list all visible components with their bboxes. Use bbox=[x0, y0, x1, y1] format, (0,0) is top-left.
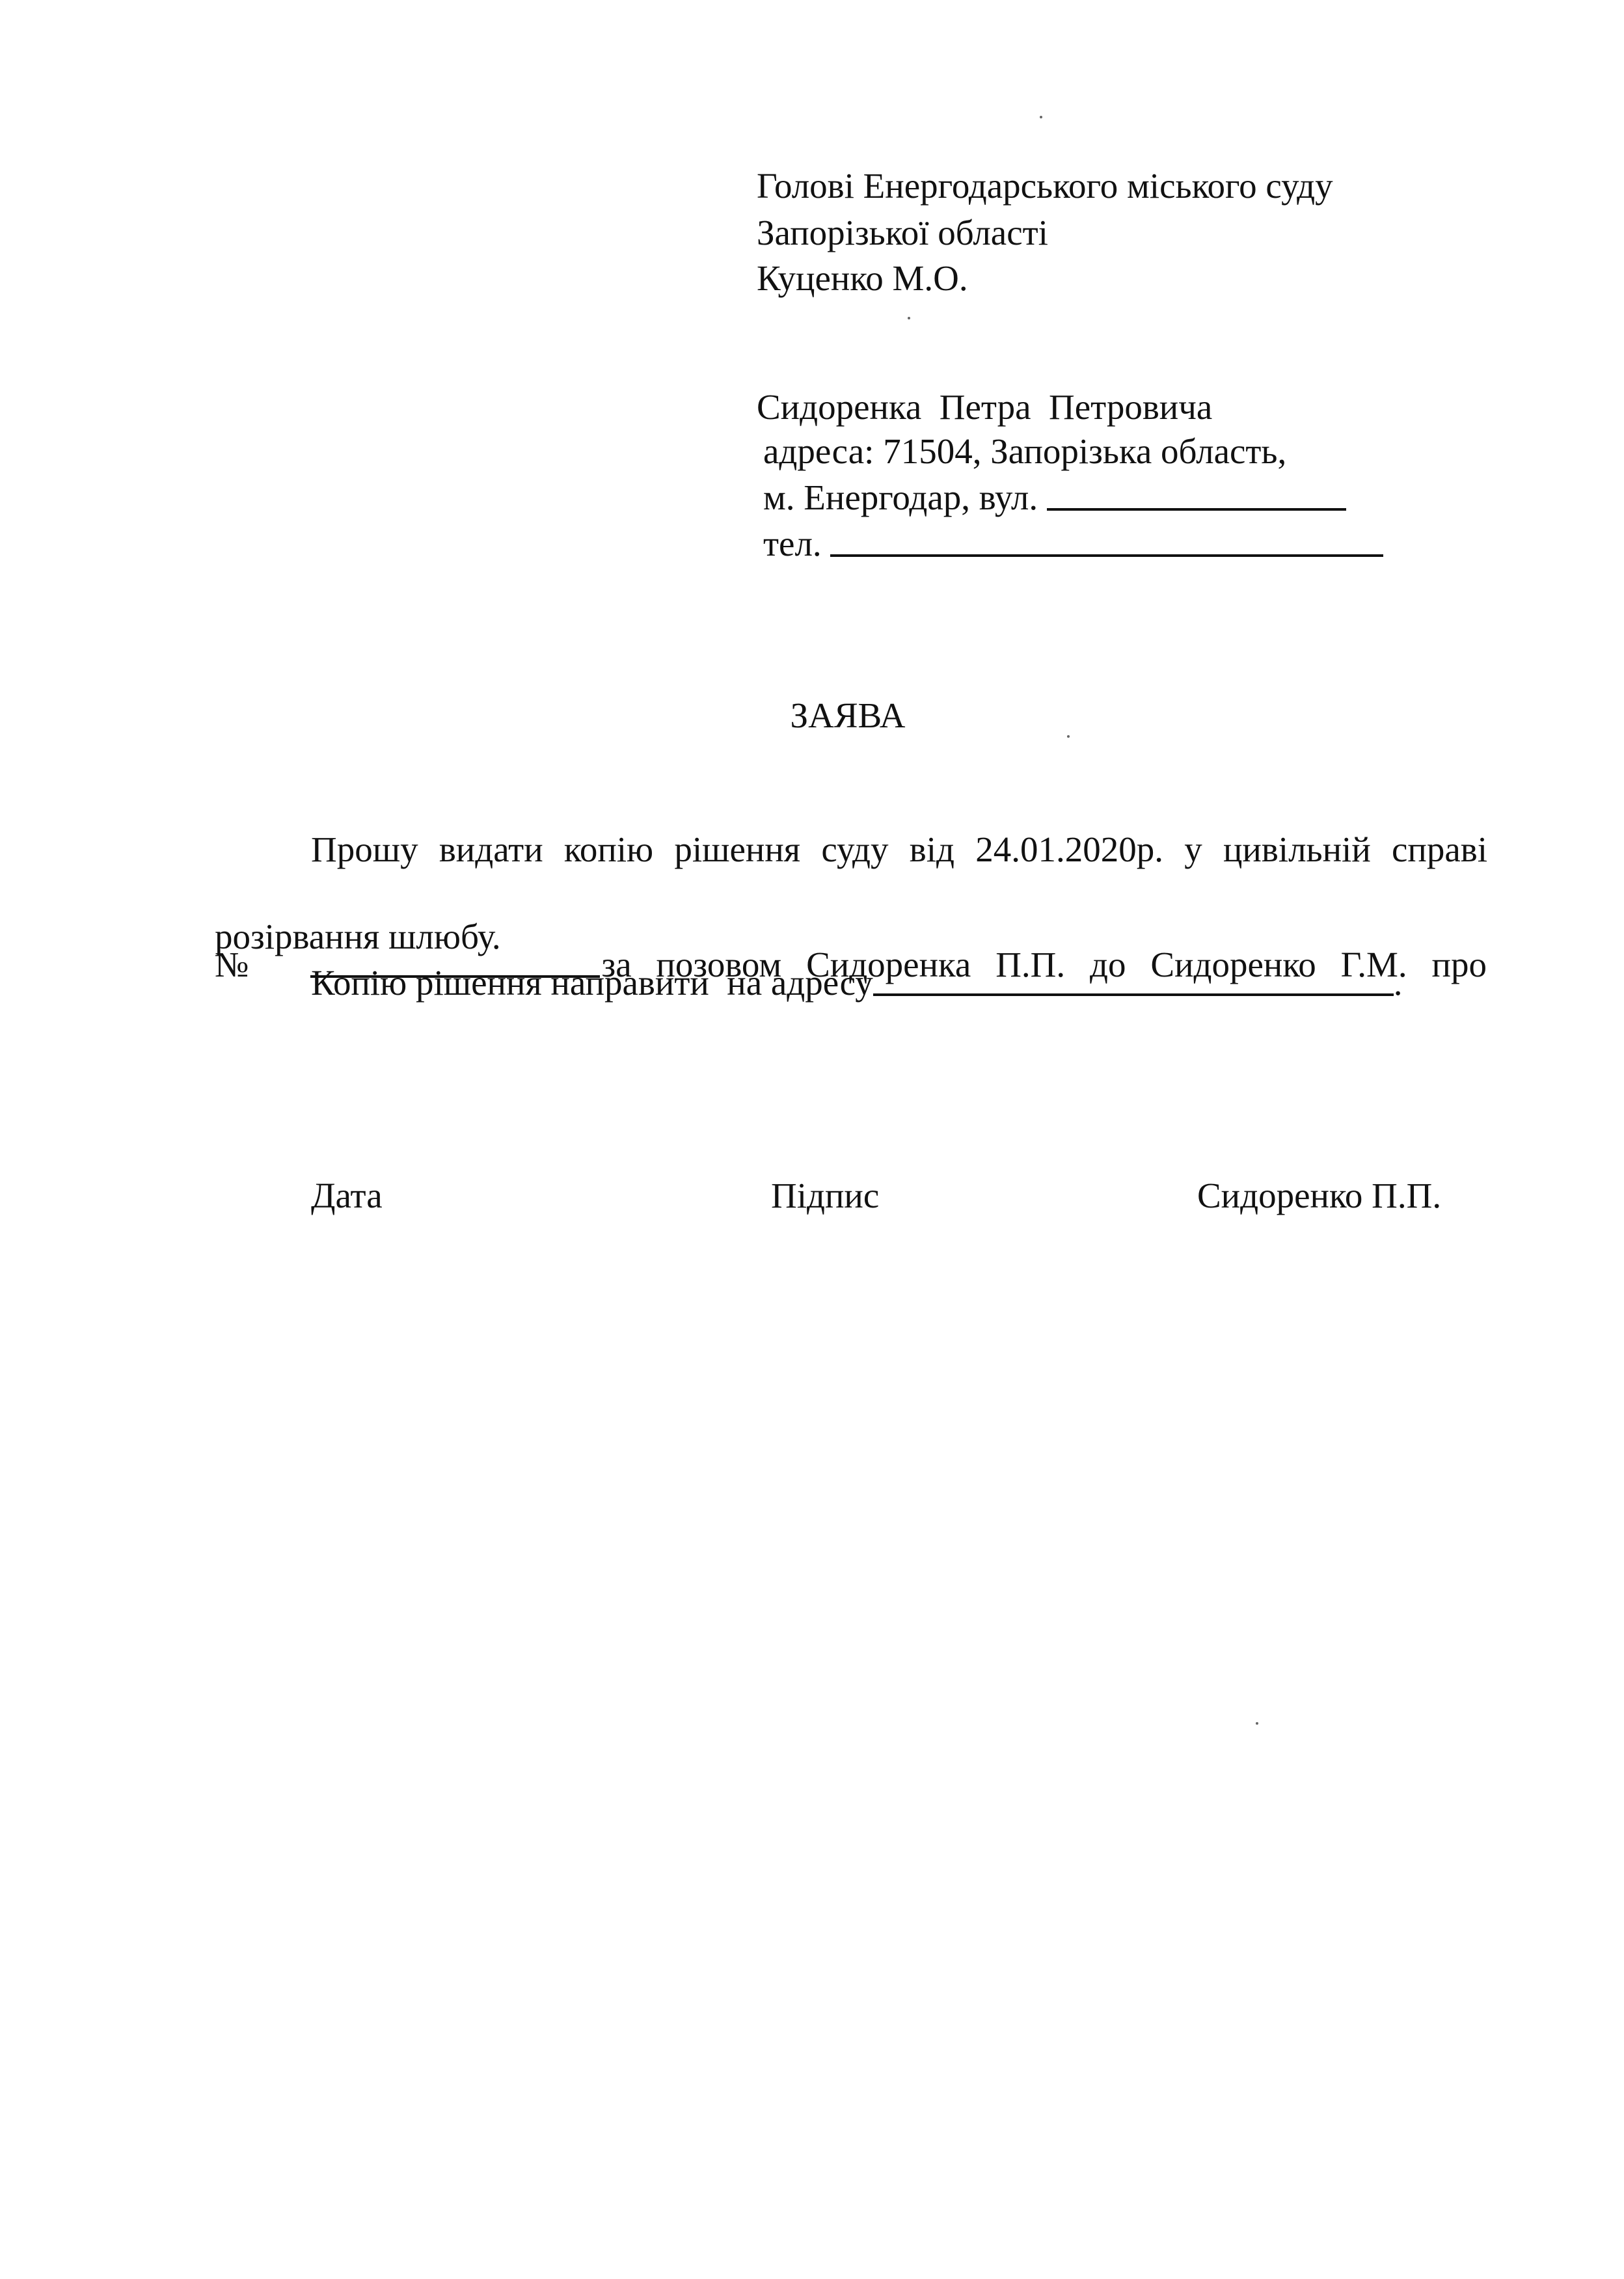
addressee-line-1: Голові Енергодарського міського суду bbox=[757, 168, 1333, 204]
body-word: цивільній bbox=[1223, 831, 1371, 867]
body-word: рішення bbox=[674, 831, 800, 867]
phone-label: тел. bbox=[763, 524, 822, 563]
document-page: Голові Енергодарського міського суду Зап… bbox=[0, 0, 1624, 2279]
scan-speck bbox=[1256, 1722, 1258, 1725]
send-address-period: . bbox=[1394, 963, 1403, 1003]
body-word: копію bbox=[564, 831, 653, 867]
sender-phone-row: тел. bbox=[763, 526, 1383, 561]
phone-blank-field[interactable] bbox=[830, 554, 1383, 557]
scan-speck bbox=[1040, 116, 1042, 118]
addressee-line-3: Куценко М.О. bbox=[757, 260, 968, 296]
sender-address: адреса: 71504, Запорізька область, bbox=[763, 433, 1286, 469]
signer-name: Сидоренко П.П. bbox=[1197, 1178, 1441, 1213]
body-line-3: розірвання шлюбу. bbox=[215, 919, 1487, 954]
scan-speck bbox=[908, 317, 910, 319]
scan-speck bbox=[1067, 735, 1070, 738]
sender-street-row: м. Енергодар, вул. bbox=[763, 479, 1346, 515]
body-line-4: Копію рішення направити на адресу. bbox=[311, 965, 1583, 1001]
body-word: видати bbox=[439, 831, 543, 867]
send-address-label: Копію рішення направити на адресу bbox=[311, 963, 873, 1003]
body-word: Прошу bbox=[311, 831, 418, 867]
date-label: Дата bbox=[311, 1178, 383, 1213]
addressee-line-2: Запорізької області bbox=[757, 215, 1048, 250]
body-word: суду bbox=[821, 831, 888, 867]
document-title: ЗАЯВА bbox=[0, 697, 1624, 733]
street-blank-field[interactable] bbox=[1047, 508, 1346, 511]
street-label: м. Енергодар, вул. bbox=[763, 478, 1038, 517]
body-word: справі bbox=[1392, 831, 1487, 867]
sender-name: Сидоренка Петра Петровича bbox=[757, 389, 1212, 425]
body-word: 24.01.2020р. bbox=[975, 831, 1163, 867]
body-word: у bbox=[1184, 831, 1202, 867]
body-line-1: Прошувидатикопіюрішеннясудувід24.01.2020… bbox=[311, 831, 1487, 867]
send-address-blank-field[interactable] bbox=[873, 993, 1394, 996]
signature-label: Підпис bbox=[771, 1178, 879, 1213]
body-word: від bbox=[910, 831, 954, 867]
